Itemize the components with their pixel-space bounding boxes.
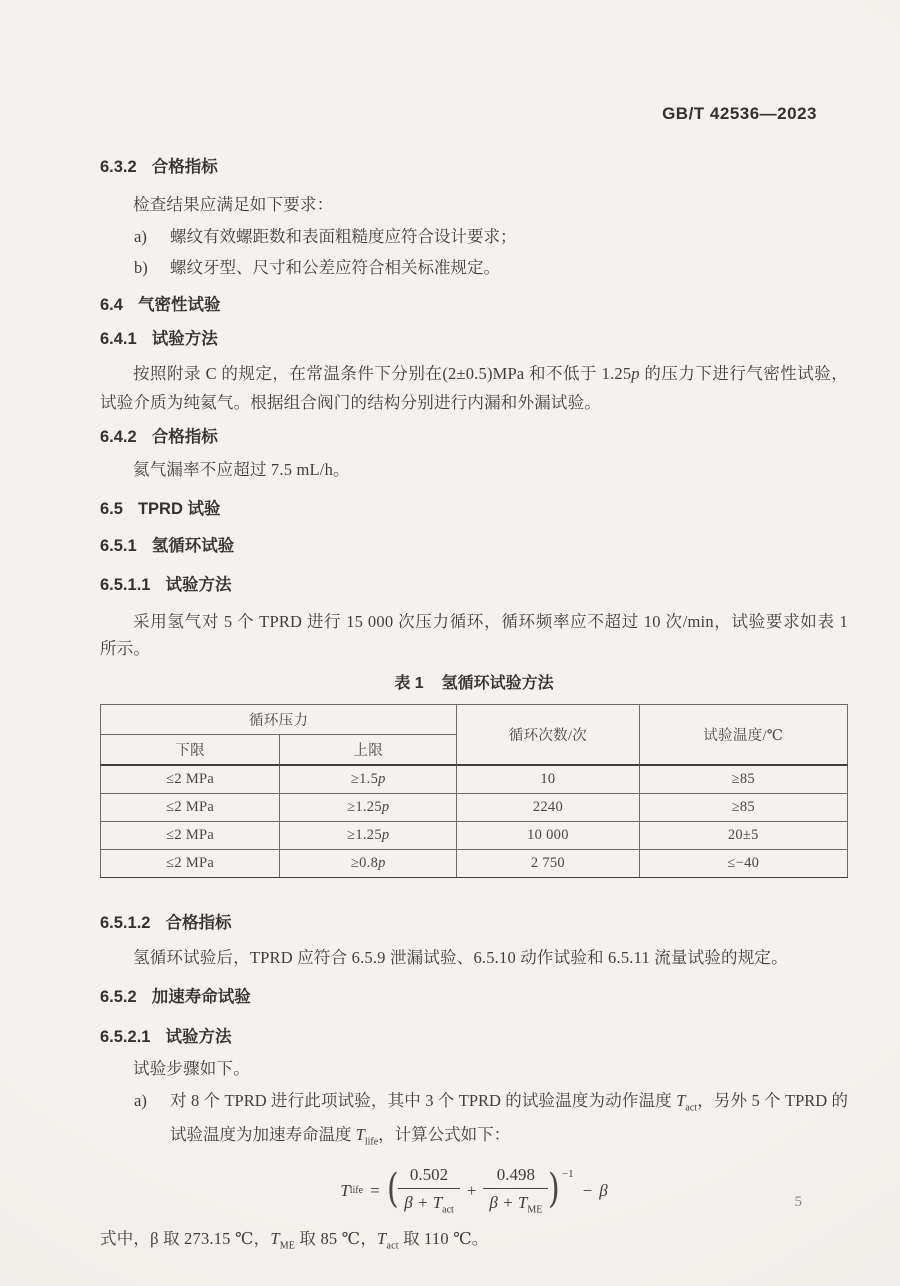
heading-title: 气密性试验 — [138, 296, 221, 314]
paragraph-6-5-1-2: 氢循环试验后，TPRD 应符合 6.5.9 泄漏试验、6.5.10 动作试验和 … — [100, 947, 848, 969]
table-hydrogen-cycle-test: 循环压力 循环次数/次 试验温度/℃ 下限 上限 ≤2 MPa ≥1.5p 10… — [100, 704, 848, 878]
table-caption-title: 氢循环试验方法 — [442, 675, 554, 692]
cell-cycles: 2240 — [457, 794, 639, 822]
cell-cycles: 10 000 — [457, 822, 639, 850]
cell-upper-limit: ≥0.8p — [280, 850, 457, 878]
table-row: ≤2 MPa ≥1.25p 2240 ≥85 — [101, 794, 848, 822]
column-header-temperature: 试验温度/℃ — [639, 705, 847, 766]
paragraph-6-4-1: 按照附录 C 的规定，在常温条件下分别在(2±0.5)MPa 和不低于 1.25… — [100, 359, 848, 417]
cell-cycles: 10 — [457, 765, 639, 794]
list-item-text: 螺纹牙型、尺寸和公差应符合相关标准规定。 — [170, 254, 848, 281]
page-number: 5 — [795, 1194, 803, 1211]
column-header-cycle-pressure: 循环压力 — [101, 705, 457, 735]
variable-beta: β — [599, 1181, 607, 1201]
heading-number: 6.4.2 — [100, 428, 137, 446]
cell-temperature: ≥85 — [639, 794, 847, 822]
cell-lower-limit: ≤2 MPa — [101, 822, 280, 850]
cell-lower-limit: ≤2 MPa — [101, 765, 280, 794]
formula-lhs: T — [340, 1181, 349, 1201]
heading-6-5-2: 6.5.2加速寿命试验 — [100, 986, 848, 1008]
heading-title: 合格指标 — [152, 428, 218, 446]
paragraph-6-5-2-1-intro: 试验步骤如下。 — [100, 1058, 848, 1080]
heading-title: 氢循环试验 — [152, 537, 235, 555]
list-item-label: b) — [134, 254, 170, 281]
cell-temperature: 20±5 — [639, 822, 847, 850]
paragraph-6-4-2: 氦气漏率不应超过 7.5 mL/h。 — [100, 459, 848, 481]
cell-lower-limit: ≤2 MPa — [101, 850, 280, 878]
heading-title: 合格指标 — [165, 914, 231, 932]
cell-temperature: ≤−40 — [639, 850, 847, 878]
variable-T-act: T — [676, 1091, 685, 1110]
exponent: −1 — [562, 1168, 574, 1180]
heading-6-5: 6.5TPRD 试验 — [100, 498, 848, 520]
table-caption: 表 1氢循环试验方法 — [100, 673, 848, 695]
italic-variable-p: p — [631, 364, 639, 383]
list-item-a: a) 螺纹有效螺距数和表面粗糙度应符合设计要求； — [100, 223, 848, 250]
heading-number: 6.5.1 — [100, 537, 137, 555]
cell-temperature: ≥85 — [639, 765, 847, 794]
heading-number: 6.5.1.2 — [100, 914, 150, 932]
heading-number: 6.5 — [100, 500, 123, 518]
page-content: GB/T 42536—2023 6.3.2合格指标 检查结果应满足如下要求： a… — [100, 0, 848, 1258]
heading-title: 合格指标 — [152, 158, 218, 176]
heading-6-5-1-1: 6.5.1.1试验方法 — [100, 574, 848, 596]
list-item-label: a) — [134, 1087, 170, 1156]
cell-upper-limit: ≥1.25p — [280, 794, 457, 822]
list-item-b: b) 螺纹牙型、尺寸和公差应符合相关标准规定。 — [100, 254, 848, 281]
paragraph-where-clause: 式中，β 取 273.15 ℃，TME 取 85 ℃，Tact 取 110 ℃。 — [100, 1227, 848, 1258]
fraction-1: 0.502 β + Tact — [398, 1164, 460, 1217]
column-header-upper-limit: 上限 — [280, 735, 457, 766]
cell-upper-limit: ≥1.5p — [280, 765, 457, 794]
paragraph-6-5-1-1: 采用氢气对 5 个 TPRD 进行 15 000 次压力循环，循环频率应不超过 … — [100, 608, 848, 662]
table-row: ≤2 MPa ≥1.5p 10 ≥85 — [101, 765, 848, 794]
heading-number: 6.5.2 — [100, 988, 137, 1006]
table-caption-label: 表 1 — [394, 675, 423, 692]
column-header-lower-limit: 下限 — [101, 735, 280, 766]
standard-code: GB/T 42536—2023 — [100, 104, 848, 124]
minus-sign: − — [583, 1181, 593, 1201]
cell-upper-limit: ≥1.25p — [280, 822, 457, 850]
paragraph-6-3-2-intro: 检查结果应满足如下要求： — [100, 194, 848, 216]
heading-6-5-2-1: 6.5.2.1试验方法 — [100, 1026, 848, 1048]
list-item-label: a) — [134, 223, 170, 250]
variable-T-ME: T — [270, 1229, 279, 1248]
heading-title: TPRD 试验 — [138, 500, 221, 518]
list-item-text: 螺纹有效螺距数和表面粗糙度应符合设计要求； — [170, 223, 848, 250]
open-paren: ( — [387, 1166, 399, 1212]
heading-number: 6.4.1 — [100, 330, 137, 348]
formula-t-life: Tlife = ( 0.502 β + Tact + 0.498 β + TME… — [100, 1162, 848, 1220]
heading-number: 6.3.2 — [100, 158, 137, 176]
fraction-2: 0.498 β + TME — [483, 1164, 548, 1217]
variable-T-life: T — [356, 1125, 365, 1144]
heading-6-5-1-2: 6.5.1.2合格指标 — [100, 912, 848, 934]
heading-title: 试验方法 — [152, 330, 218, 348]
plus-sign: + — [467, 1181, 477, 1201]
cell-lower-limit: ≤2 MPa — [101, 794, 280, 822]
heading-title: 试验方法 — [165, 1028, 231, 1046]
heading-6-4-2: 6.4.2合格指标 — [100, 426, 848, 448]
heading-title: 加速寿命试验 — [152, 988, 251, 1006]
cell-cycles: 2 750 — [457, 850, 639, 878]
table-row: ≤2 MPa ≥0.8p 2 750 ≤−40 — [101, 850, 848, 878]
column-header-cycles: 循环次数/次 — [457, 705, 639, 766]
table-row: ≤2 MPa ≥1.25p 10 000 20±5 — [101, 822, 848, 850]
list-item-a-6521: a) 对 8 个 TPRD 进行此项试验，其中 3 个 TPRD 的试验温度为动… — [100, 1087, 848, 1156]
heading-6-3-2: 6.3.2合格指标 — [100, 156, 848, 178]
heading-6-4: 6.4气密性试验 — [100, 294, 848, 316]
document-page: GB/T 42536—2023 6.3.2合格指标 检查结果应满足如下要求： a… — [0, 0, 900, 1286]
heading-6-4-1: 6.4.1试验方法 — [100, 328, 848, 350]
heading-title: 试验方法 — [165, 576, 231, 594]
equals-sign: = — [370, 1181, 380, 1201]
heading-number: 6.5.2.1 — [100, 1028, 150, 1046]
table-header-row-1: 循环压力 循环次数/次 试验温度/℃ — [101, 705, 848, 735]
heading-number: 6.5.1.1 — [100, 576, 150, 594]
heading-number: 6.4 — [100, 296, 123, 314]
list-item-text: 对 8 个 TPRD 进行此项试验，其中 3 个 TPRD 的试验温度为动作温度… — [170, 1087, 848, 1156]
close-paren: ) — [548, 1166, 560, 1212]
heading-6-5-1: 6.5.1氢循环试验 — [100, 535, 848, 557]
paragraph-segment: 按照附录 C 的规定，在常温条件下分别在(2±0.5)MPa 和不低于 1.25 — [133, 364, 631, 383]
